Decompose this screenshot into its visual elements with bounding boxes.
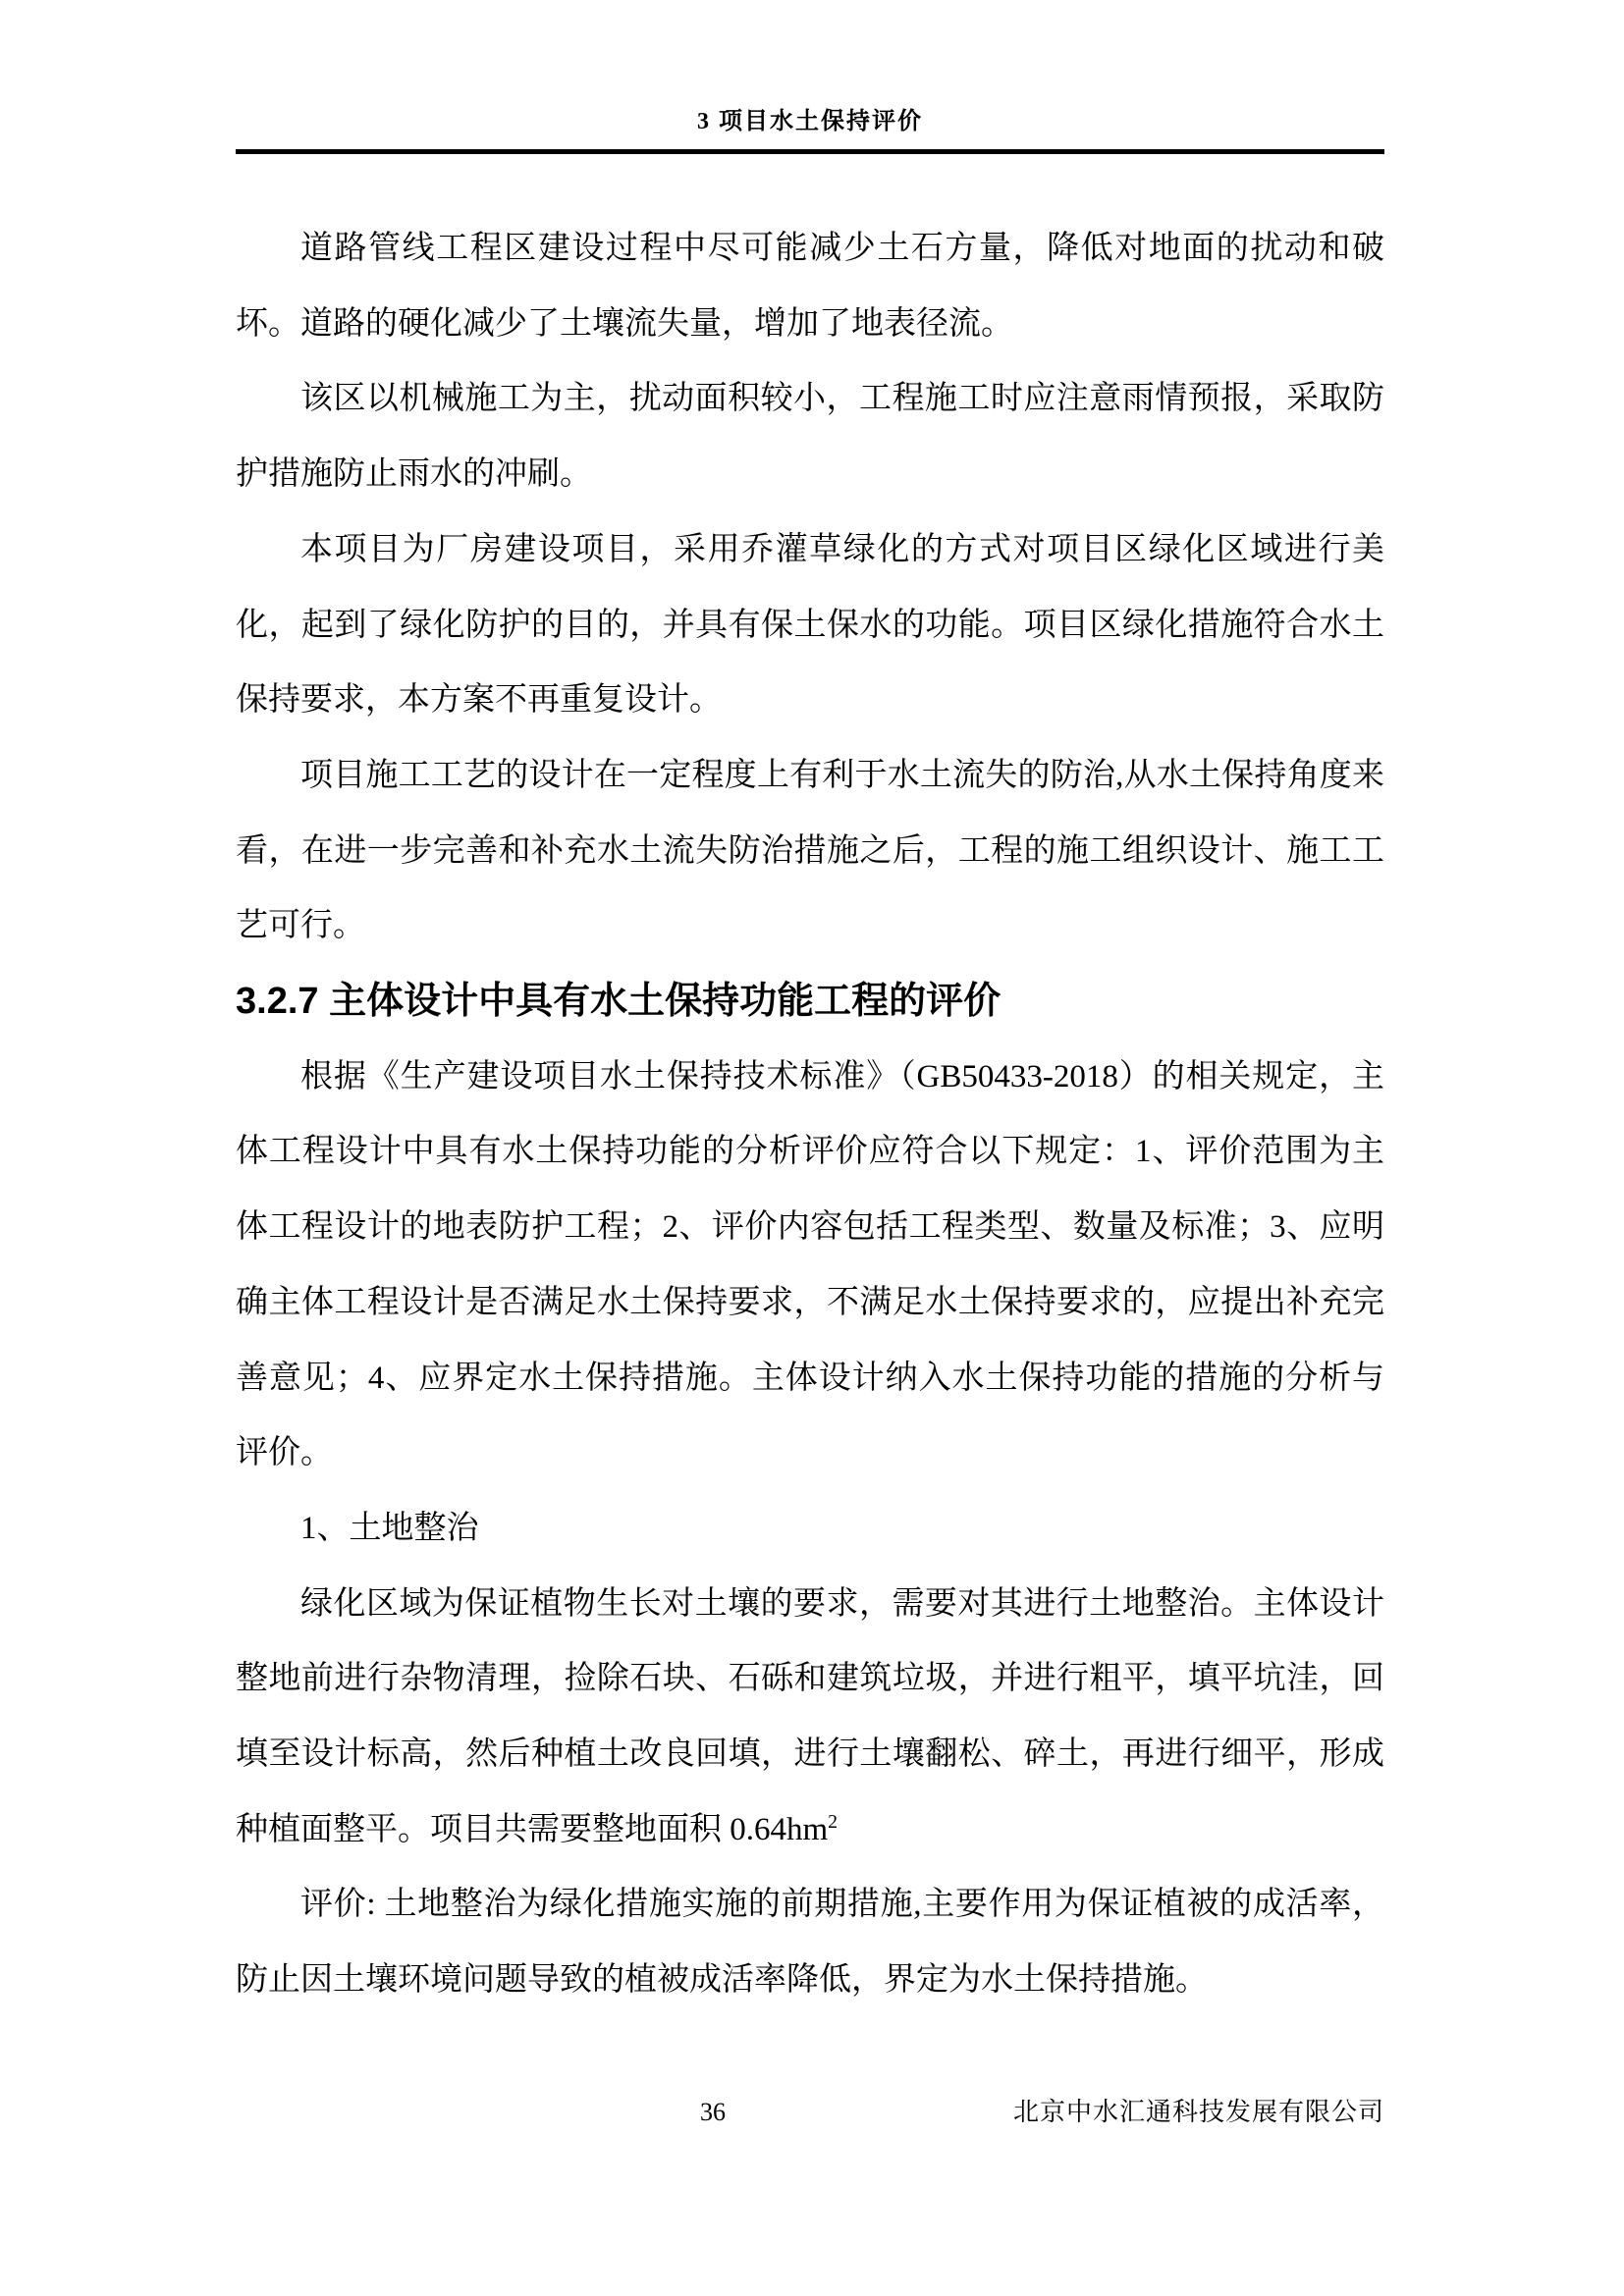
running-header-title: 3 项目水土保持评价	[236, 106, 1384, 137]
page-number: 36	[700, 2097, 726, 2128]
superscript: 2	[828, 1811, 838, 1833]
page-footer: 36 北京中水汇通科技发展有限公司	[236, 2097, 1384, 2130]
paragraph: 项目施工工艺的设计在一定程度上有利于水土流失的防治,从水土保持角度来看，在进一步…	[236, 738, 1384, 964]
paragraph: 根据《生产建设项目水土保持技术标准》（GB50433-2018）的相关规定，主体…	[236, 1040, 1384, 1491]
paragraph: 本项目为厂房建设项目，采用乔灌草绿化的方式对项目区绿化区域进行美化，起到了绿化防…	[236, 512, 1384, 738]
header-rule	[236, 149, 1384, 154]
paragraph: 该区以机械施工为主，扰动面积较小，工程施工时应注意雨情预报，采取防护措施防止雨水…	[236, 361, 1384, 511]
section-heading: 3.2.7 主体设计中具有水土保持功能工程的评价	[236, 964, 1384, 1040]
paragraph: 道路管线工程区建设过程中尽可能减少土石方量，降低对地面的扰动和破坏。道路的硬化减…	[236, 211, 1384, 361]
paragraph: 评价: 土地整治为绿化措施实施的前期措施,主要作用为保证植被的成活率，防止因土壤…	[236, 1867, 1384, 2017]
document-page: 3 项目水土保持评价 道路管线工程区建设过程中尽可能减少土石方量，降低对地面的扰…	[0, 0, 1624, 2296]
footer-company: 北京中水汇通科技发展有限公司	[1013, 2097, 1384, 2128]
list-item-heading: 1、土地整治	[236, 1491, 1384, 1567]
document-body: 道路管线工程区建设过程中尽可能减少土石方量，降低对地面的扰动和破坏。道路的硬化减…	[236, 211, 1384, 2018]
paragraph: 绿化区域为保证植物生长对土壤的要求，需要对其进行土地整治。主体设计整地前进行杂物…	[236, 1567, 1384, 1868]
paragraph-text: 绿化区域为保证植物生长对土壤的要求，需要对其进行土地整治。主体设计整地前进行杂物…	[236, 1586, 1384, 1847]
